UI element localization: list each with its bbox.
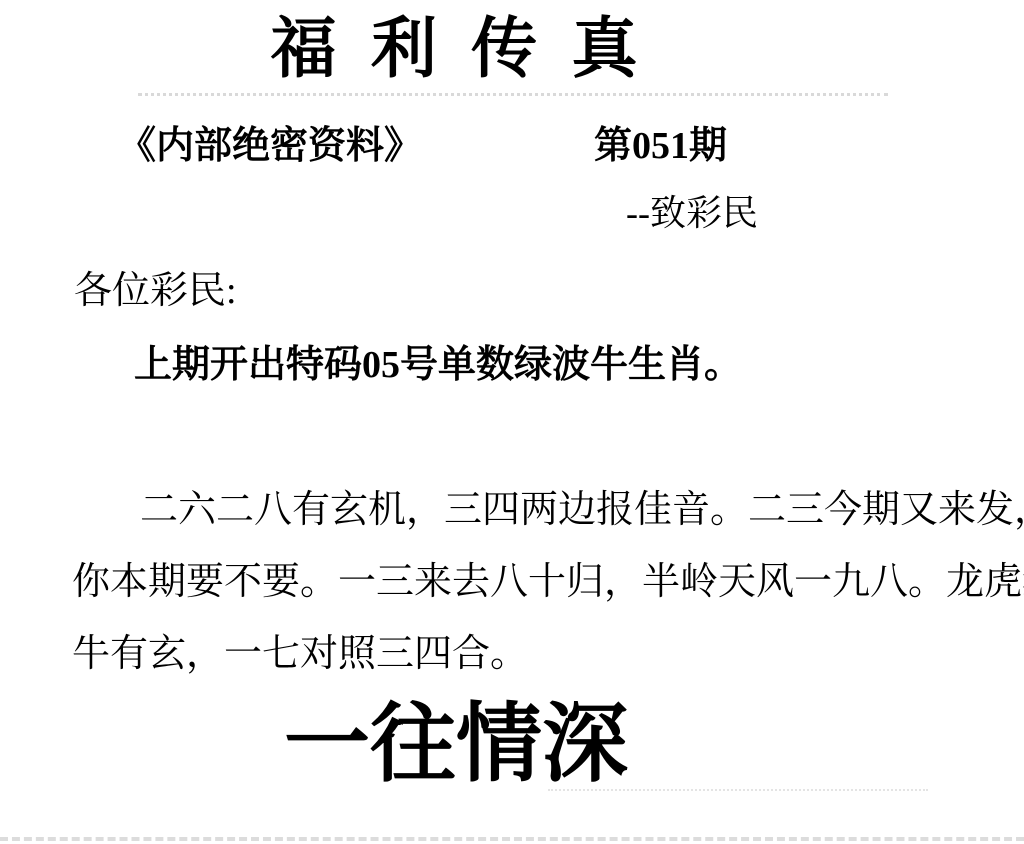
dedication-line: --致彩民 [626, 190, 758, 236]
issue-number-label: 第051期 [594, 122, 727, 170]
fax-artifact-line-under-title [138, 93, 888, 96]
fax-document-page: 福 利 传 真 《内部绝密资料》 第051期 --致彩民 各位彩民: 上期开出特… [0, 0, 1024, 844]
fax-artifact-smudge [548, 789, 928, 791]
previous-draw-result: 上期开出特码05号单数绿波牛生肖。 [134, 340, 742, 390]
poem-line-3: 牛有玄，一七对照三四合。 [72, 618, 992, 690]
poem-line-2: 你本期要不要。一三来去八十归，半岭天风一九八。龙虎猴马 [72, 546, 992, 618]
poem-line-1: 二六二八有玄机，三四两边报佳音。二三今期又来发，看 [72, 474, 992, 546]
classification-label: 《内部绝密资料》 [118, 122, 422, 170]
footer-phrase: 一往情深 [0, 688, 912, 800]
fax-artifact-bottom-line [0, 837, 1024, 841]
document-title: 福 利 传 真 [0, 8, 916, 88]
salutation-line: 各位彩民: [74, 266, 237, 316]
hint-poem: 二六二八有玄机，三四两边报佳音。二三今期又来发，看 你本期要不要。一三来去八十归… [72, 474, 992, 690]
